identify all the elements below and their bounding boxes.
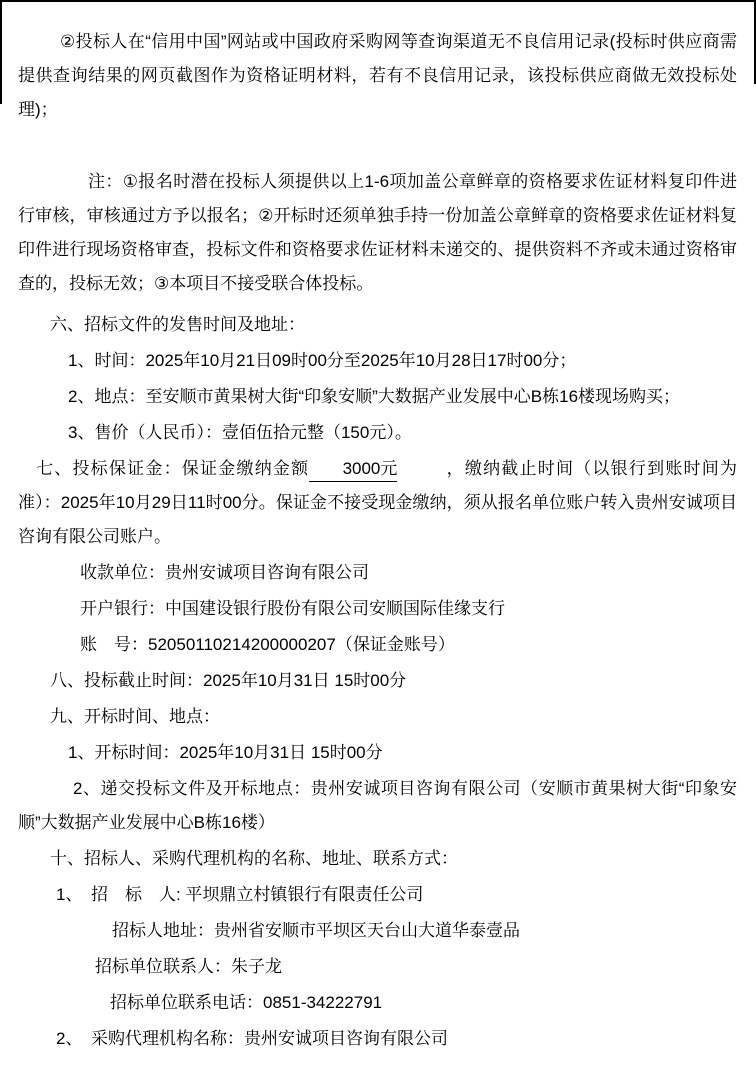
heading-section-eight: 八、投标截止时间：2025年10月31日 15时00分	[50, 664, 737, 698]
item-sale-price: 3、售价（人民币）：壹佰伍拾元整（150元）。	[68, 416, 737, 450]
item-agency-name: 2、 采购代理机构名称：贵州安诚项目咨询有限公司	[56, 1022, 737, 1056]
item-sale-time: 1、时间：2025年10月21日09时00分至2025年10月28日17时00分…	[68, 344, 737, 378]
para-note: 注：①报名时潜在投标人须提供以上1-6项加盖公章鲜章的资格要求佐证材料复印件进行…	[18, 165, 737, 301]
heading-section-ten: 十、招标人、采购代理机构的名称、地址、联系方式：	[50, 842, 737, 876]
item-bank: 开户银行：中国建设银行股份有限公司安顺国际佳缘支行	[80, 592, 737, 626]
bid-bond-prefix: 七、投标保证金：保证金缴纳金额	[36, 459, 309, 478]
heading-section-six: 六、招标文件的发售时间及地址：	[50, 308, 737, 342]
item-bidder-phone: 招标单位联系电话：0851-34222791	[110, 986, 737, 1020]
item-bid-opening-time: 1、开标时间：2025年10月31日 15时00分	[68, 736, 737, 770]
bid-bond-amount-underline: 3000元	[309, 457, 397, 482]
page-border-top	[0, 0, 756, 2]
heading-section-nine: 九、开标时间、地点：	[50, 700, 737, 734]
item-bidder-contact: 招标单位联系人：朱子龙	[95, 950, 737, 984]
item-bidder-address: 招标人地址：贵州省安顺市平坝区天台山大道华泰壹品	[112, 914, 737, 948]
item-payee: 收款单位：贵州安诚项目咨询有限公司	[80, 556, 737, 590]
item-bidder-name: 1、 招 标 人: 平坝鼎立村镇银行有限责任公司	[56, 878, 737, 912]
item-account-number: 账 号：52050110214200000207（保证金账号）	[80, 628, 737, 662]
para-credit-record: ②投标人在“信用中国”网站或中国政府采购网等查询渠道无不良信用记录(投标时供应商…	[18, 25, 737, 127]
bid-bond-amount: 3000元	[343, 459, 398, 478]
page-border-left	[0, 0, 2, 104]
item-bid-opening-location: 2、递交投标文件及开标地点：贵州安诚项目咨询有限公司（安顺市黄果树大街“印象安顺…	[18, 772, 737, 840]
para-bid-bond: 七、投标保证金：保证金缴纳金额3000元，缴纳截止时间（以银行到账时间为准）：2…	[18, 452, 737, 554]
item-sale-location: 2、地点：至安顺市黄果树大街“印象安顺”大数据产业发展中心B栋16楼现场购买；	[68, 380, 737, 414]
document-page: ②投标人在“信用中国”网站或中国政府采购网等查询渠道无不良信用记录(投标时供应商…	[0, 0, 756, 1070]
